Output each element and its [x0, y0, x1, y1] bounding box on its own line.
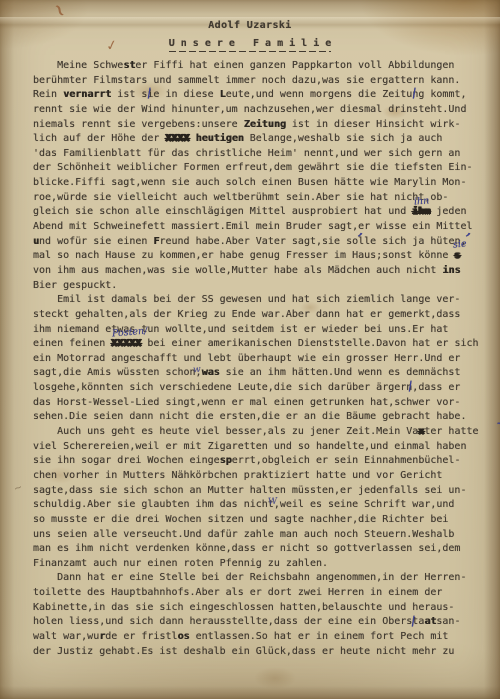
text-line: Emil ist damals bei der SS gewesen und h… [33, 293, 485, 308]
text-line: sie ihn sogar drei Wochen eingesperrt,ob… [33, 454, 485, 469]
text-line: Abend mit Schweinefett massiert.Emil mei… [33, 220, 485, 235]
text-line: und wofür sie einen Freund habe.Aber Vat… [33, 235, 485, 250]
text-line: Auch uns geht es heute viel besser,als z… [33, 425, 485, 440]
text-line: losgehe,könnten sich verschiedene Leute,… [33, 381, 485, 396]
text-line: das Horst-Wessel-Lied singt,wenn er mal … [33, 396, 485, 411]
text-line: sagt,die Amis wüssten schon,was sie an i… [33, 366, 485, 381]
text-line: Rein vernarrt ist sie in diese Leute,und… [33, 88, 485, 103]
text-line: so musste er die drei Wochen sitzen und … [33, 513, 485, 528]
text-line: Meine Schwester Fiffi hat einen ganzen P… [33, 59, 485, 74]
text-line: Finanzamt auch nur einen roten Pfennig z… [33, 557, 485, 572]
overtyped-text: sp [220, 455, 232, 466]
page-title: U n s e r e F a m i l i e [169, 38, 332, 52]
struck-out-text: ihm [412, 206, 430, 217]
struck-out-text: s [454, 250, 460, 261]
text-line: steckt gehalten,als der Krieg zu Ende wa… [33, 308, 485, 323]
overtyped-text: F [153, 236, 159, 247]
overtyped-text: ins [442, 265, 460, 276]
text-line: ein Motorrad angeschafft und lebt überha… [33, 352, 485, 367]
overtyped-text: u [33, 236, 39, 247]
text-line: Kabinette,in das sie sich eingeschlossen… [33, 601, 485, 616]
text-line: viel Scherereien,weil er mit Zigaretten … [33, 440, 485, 455]
text-line: niemals rennt sie vergebens:unsere Zeitu… [33, 118, 485, 133]
text-line: einen feinen XXXXX bei einer amerikanisc… [33, 337, 485, 352]
overtyped-text: st [123, 60, 135, 71]
text-line: sagte,dass sie sich schon an Mutter halt… [33, 484, 485, 499]
text-line: toilette des Hauptbahnhofs.Aber als er d… [33, 586, 485, 601]
text-line: ihm niemand etwas tun wollte,und seitdem… [33, 323, 485, 338]
text-line: sehen.Die seien dann nicht die ersten,di… [33, 410, 485, 425]
text-line: chen vorher in Mutters Nähkörbchen prakt… [33, 469, 485, 484]
text-line: 'das Familienblatt für das christliche H… [33, 147, 485, 162]
ink-tick-mark: ~ [496, 417, 500, 431]
overtyped-text: L [220, 89, 226, 100]
text-line: berühmter Filmstars und sammelt immer no… [33, 74, 485, 89]
text-line: lich auf der Höhe der XXXX heutigen Bela… [33, 132, 485, 147]
page-header: Adolf Uzarski U n s e r e F a m i l i e [0, 20, 500, 52]
struck-out-text: XXXXX [111, 338, 141, 349]
struck-out-text: XXXX [165, 133, 189, 144]
overtyped-text: at [424, 616, 436, 627]
overtyped-text: heutigen [196, 133, 244, 144]
overtyped-text: Zeitung [244, 119, 286, 130]
text-line: schuldig.Aber sie glaubten ihm das nicht… [33, 498, 485, 513]
overtyped-text: vernarrt [63, 89, 111, 100]
text-line: rennt sie wie der Wind hinunter,um nachz… [33, 103, 485, 118]
struck-out-text: x [418, 426, 424, 437]
text-line: von ihm aus machen,was sie wolle,Mutter … [33, 264, 485, 279]
text-line: gleich sie schon alle einschlägigen Mitt… [33, 205, 485, 220]
text-line: blicke.Fiffi sagt,wenn sie auch solch ei… [33, 176, 485, 191]
overtyped-text: was [202, 367, 220, 378]
overtyped-text: os [178, 631, 190, 642]
overtyped-text: r [99, 631, 105, 642]
author-name: Adolf Uzarski [0, 20, 500, 31]
typewritten-page: Adolf Uzarski U n s e r e F a m i l i e … [0, 0, 500, 699]
pencil-mark: ~ [12, 482, 24, 495]
text-line: roe,würde sie vielleicht auch weltberühm… [33, 191, 485, 206]
typewritten-body: Meine Schwester Fiffi hat einen ganzen P… [33, 59, 485, 659]
pencil-mark: ~ [47, 0, 73, 22]
text-line: Dann hat er eine Stelle bei der Reichsba… [33, 571, 485, 586]
text-line: mal so nach Hause zu kommen,er habe genu… [33, 249, 485, 264]
text-line: der Schönheit weiblicher Formen erfreut,… [33, 161, 485, 176]
text-line: Bier gespuckt. [33, 279, 485, 294]
text-line: der Justiz gehabt.Es ist deshalb ein Glü… [33, 645, 485, 660]
text-line: walt war,wurde er fristlos entlassen.So … [33, 630, 485, 645]
text-line: holen liess,und sich dann herausstellte,… [33, 615, 485, 630]
text-line: uns seien alle verseucht.Und dafür zahle… [33, 528, 485, 543]
text-line: man es ihm nicht verdenken könne,dass er… [33, 542, 485, 557]
